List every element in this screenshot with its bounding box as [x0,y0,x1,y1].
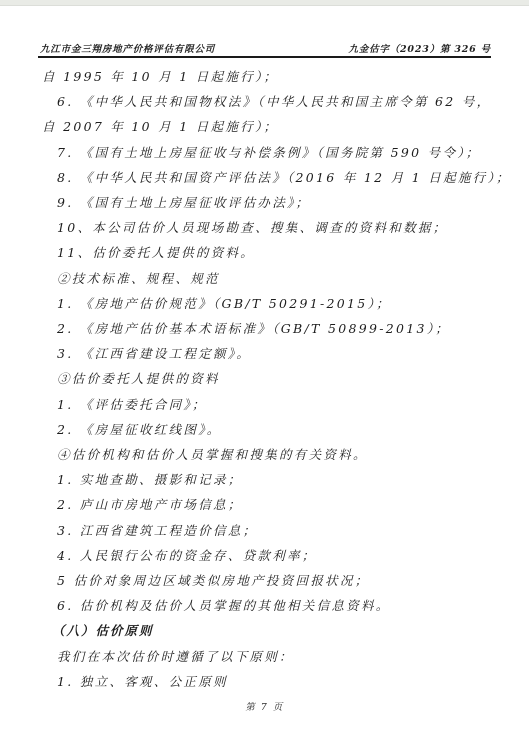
body-line: 1. 《评估委托合同》； [42,392,502,417]
header-doc-number: 九金估字（2023）第 326 号 [349,41,492,55]
body-line: ③估价委托人提供的资料 [42,366,502,391]
header-rule [38,56,491,58]
body-line: 我们在本次估价时遵循了以下原则： [42,644,502,669]
body-line: ④估价机构和估价人员掌握和搜集的有关资料。 [42,442,502,467]
body-line: 7. 《国有土地上房屋征收与补偿条例》（国务院第 590 号令）； [42,140,502,165]
body-line: 9. 《国有土地上房屋征收评估办法》； [42,190,502,215]
body-line: 2. 《房地产估价基本术语标准》（GB/T 50899-2013）； [42,316,502,341]
body-line: 1. 独立、客观、公正原则 [42,669,502,694]
page-number: 第 7 页 [245,702,284,713]
body-line: 2. 《房屋征收红线图》。 [42,417,502,442]
document-body: 自 1995 年 10 月 1 日起施行）；6. 《中华人民共和国物权法》（中华… [42,64,502,694]
body-line: 3. 江西省建筑工程造价信息； [42,518,502,543]
body-line: 8. 《中华人民共和国资产评估法》（2016 年 12 月 1 日起施行）； [42,165,502,190]
header-company-name: 九江市金三翔房地产价格评估有限公司 [40,41,215,55]
body-line: 3. 《江西省建设工程定额》。 [42,341,502,366]
body-line: 1. 《房地产估价规范》（GB/T 50291-2015）； [42,291,502,316]
body-line: 自 1995 年 10 月 1 日起施行）； [42,64,502,89]
page-footer: 第 7 页 [0,699,529,713]
body-line: 6. 《中华人民共和国物权法》（中华人民共和国主席令第 62 号， [42,89,502,114]
body-line: ②技术标准、规程、规范 [42,266,502,291]
body-line: 2. 庐山市房地产市场信息； [42,492,502,517]
body-line: （八）估价原则 [42,618,502,643]
body-line: 4. 人民银行公布的资金存、贷款利率； [42,543,502,568]
scan-top-edge [0,0,529,6]
body-line: 6. 估价机构及估价人员掌握的其他相关信息资料。 [42,593,502,618]
body-line: 10、本公司估价人员现场勘查、搜集、调查的资料和数据； [42,215,502,240]
body-line: 11、估价委托人提供的资料。 [42,240,502,265]
page-header: 九江市金三翔房地产价格评估有限公司 九金估字（2023）第 326 号 [40,41,491,55]
body-line: 自 2007 年 10 月 1 日起施行）； [42,114,502,139]
body-line: 1. 实地查勘、摄影和记录； [42,467,502,492]
document-page: 九江市金三翔房地产价格评估有限公司 九金估字（2023）第 326 号 自 19… [0,0,529,752]
body-line: 5 估价对象周边区域类似房地产投资回报状况； [42,568,502,593]
